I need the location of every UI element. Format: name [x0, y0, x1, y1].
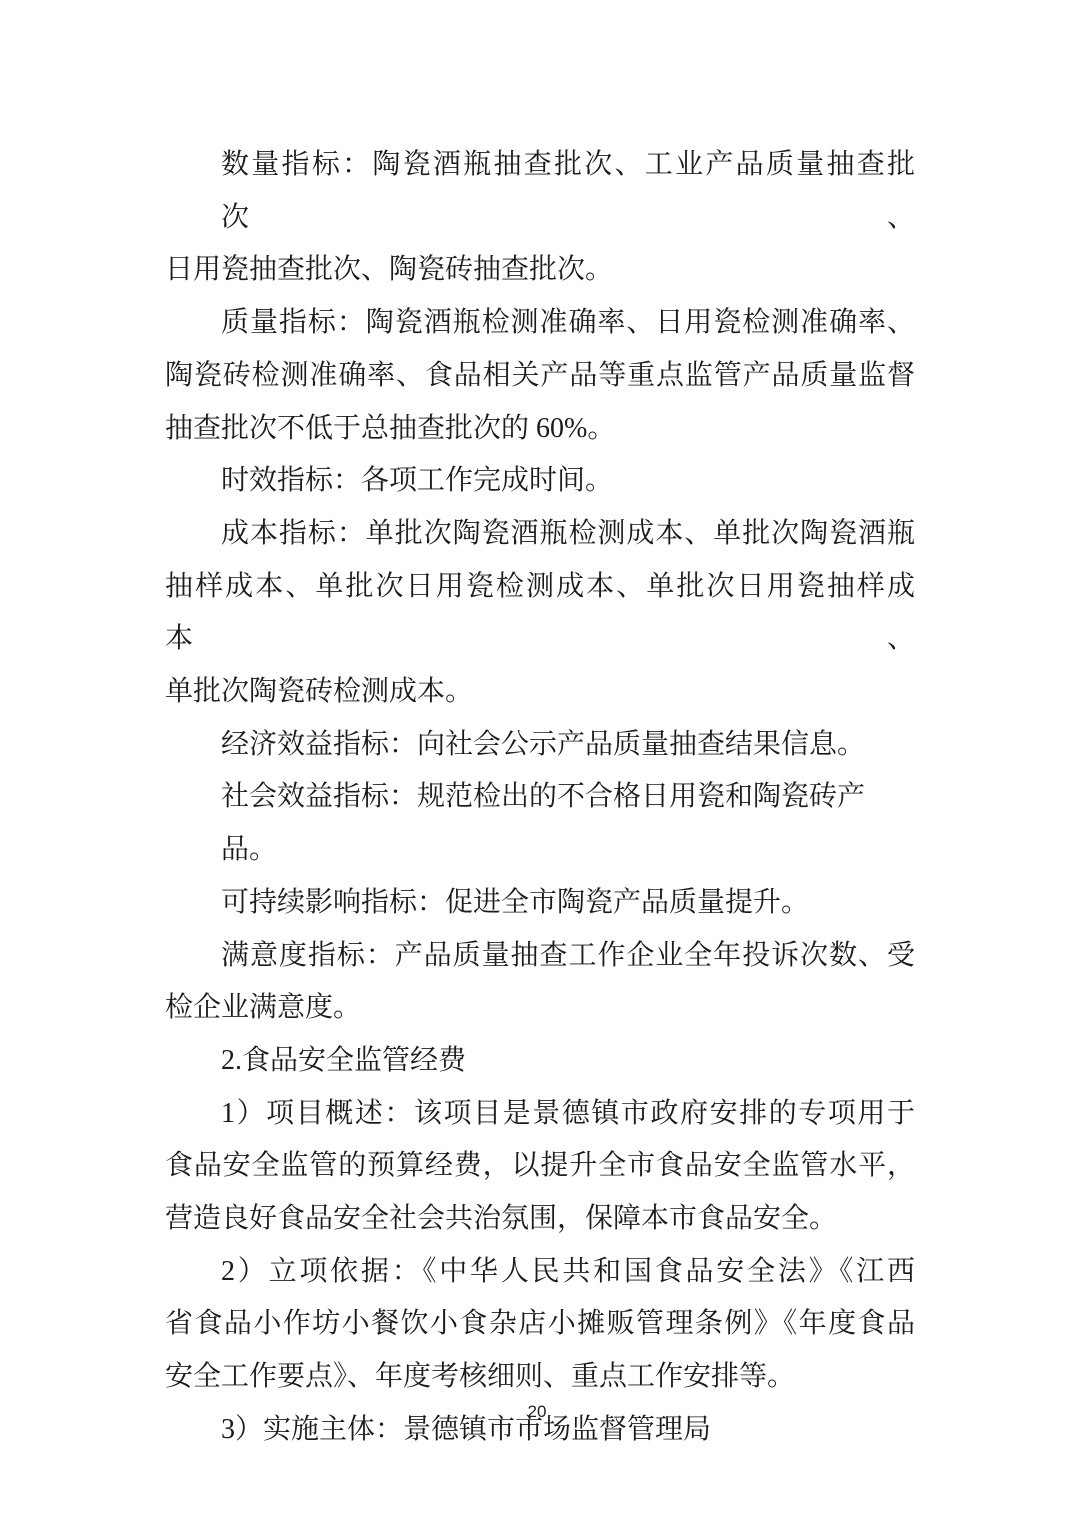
document-body: 数量指标：陶瓷酒瓶抽查批次、工业产品质量抽查批次、日用瓷抽查批次、陶瓷砖抽查批次… [165, 139, 915, 1457]
text-line: 满意度指标：产品质量抽查工作企业全年投诉次数、受 [165, 930, 915, 983]
paragraph: 质量指标：陶瓷酒瓶检测准确率、日用瓷检测准确率、陶瓷砖检测准确率、食品相关产品等… [165, 297, 915, 455]
document-page: 数量指标：陶瓷酒瓶抽查批次、工业产品质量抽查批次、日用瓷抽查批次、陶瓷砖抽查批次… [0, 0, 1074, 1520]
paragraph: 经济效益指标：向社会公示产品质量抽查结果信息。 [165, 719, 915, 772]
paragraph: 1）项目概述：该项目是景德镇市政府安排的专项用于食品安全监管的预算经费，以提升全… [165, 1088, 915, 1246]
text-line: 2）立项依据：《中华人民共和国食品安全法》《江西 [165, 1246, 915, 1299]
paragraph: 成本指标：单批次陶瓷酒瓶检测成本、单批次陶瓷酒瓶抽样成本、单批次日用瓷检测成本、… [165, 508, 915, 719]
text-line: 质量指标：陶瓷酒瓶检测准确率、日用瓷检测准确率、 [165, 297, 915, 350]
paragraph: 社会效益指标：规范检出的不合格日用瓷和陶瓷砖产品。 [165, 771, 915, 876]
paragraph: 数量指标：陶瓷酒瓶抽查批次、工业产品质量抽查批次、日用瓷抽查批次、陶瓷砖抽查批次… [165, 139, 915, 297]
text-line: 食品安全监管的预算经费，以提升全市食品安全监管水平， [165, 1140, 915, 1193]
paragraph: 2.食品安全监管经费 [165, 1035, 915, 1088]
text-line: 营造良好食品安全社会共治氛围，保障本市食品安全。 [165, 1193, 915, 1246]
text-line: 日用瓷抽查批次、陶瓷砖抽查批次。 [165, 244, 915, 297]
text-line: 单批次陶瓷砖检测成本。 [165, 666, 915, 719]
page-number: 20 [0, 1402, 1074, 1422]
text-line: 省食品小作坊小餐饮小食杂店小摊贩管理条例》《年度食品 [165, 1298, 915, 1351]
text-line: 抽查批次不低于总抽查批次的 60%。 [165, 403, 915, 456]
text-line: 检企业满意度。 [165, 982, 915, 1035]
paragraph: 可持续影响指标：促进全市陶瓷产品质量提升。 [165, 877, 915, 930]
text-line: 1）项目概述：该项目是景德镇市政府安排的专项用于 [165, 1088, 915, 1141]
text-line: 可持续影响指标：促进全市陶瓷产品质量提升。 [165, 877, 915, 930]
paragraph: 时效指标：各项工作完成时间。 [165, 455, 915, 508]
paragraph: 满意度指标：产品质量抽查工作企业全年投诉次数、受检企业满意度。 [165, 930, 915, 1035]
text-line: 时效指标：各项工作完成时间。 [165, 455, 915, 508]
paragraph: 2）立项依据：《中华人民共和国食品安全法》《江西省食品小作坊小餐饮小食杂店小摊贩… [165, 1246, 915, 1404]
text-line: 2.食品安全监管经费 [165, 1035, 915, 1088]
text-line: 经济效益指标：向社会公示产品质量抽查结果信息。 [165, 719, 915, 772]
text-line: 安全工作要点》、年度考核细则、重点工作安排等。 [165, 1351, 915, 1404]
text-line: 抽样成本、单批次日用瓷检测成本、单批次日用瓷抽样成本、 [165, 561, 915, 666]
text-line: 陶瓷砖检测准确率、食品相关产品等重点监管产品质量监督 [165, 350, 915, 403]
text-line: 成本指标：单批次陶瓷酒瓶检测成本、单批次陶瓷酒瓶 [165, 508, 915, 561]
text-line: 社会效益指标：规范检出的不合格日用瓷和陶瓷砖产品。 [165, 771, 915, 876]
text-line: 数量指标：陶瓷酒瓶抽查批次、工业产品质量抽查批次、 [165, 139, 915, 244]
